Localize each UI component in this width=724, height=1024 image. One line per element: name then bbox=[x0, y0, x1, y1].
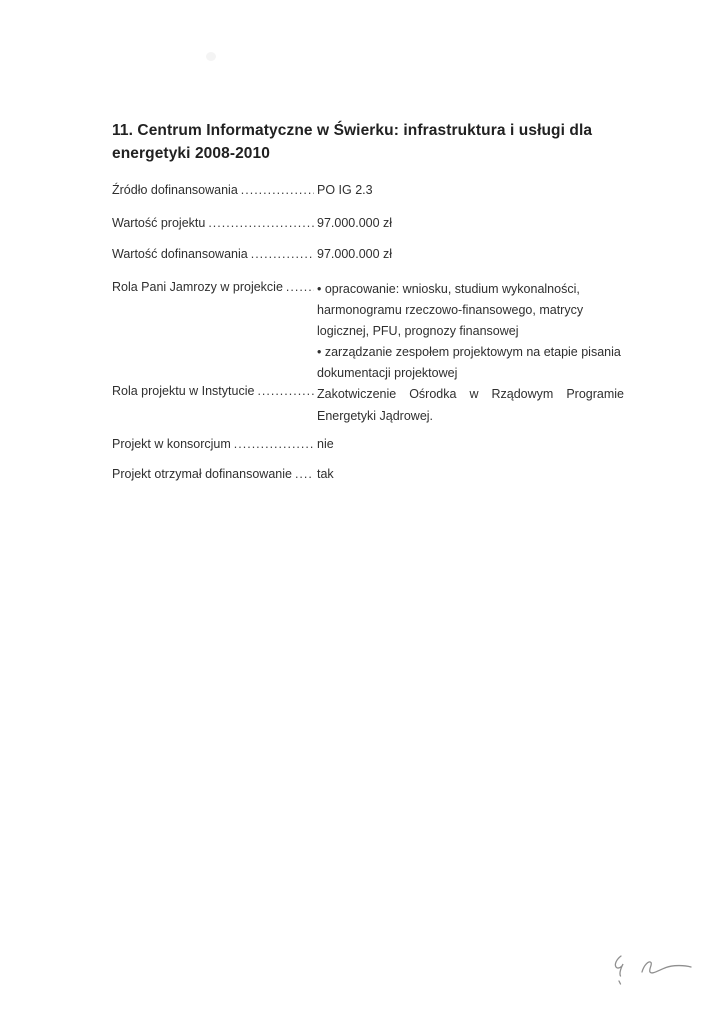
field-label-text: Rola Pani Jamrozy w projekcie bbox=[112, 280, 283, 294]
paragraph-line: Energetyki Jądrowej. bbox=[317, 405, 624, 427]
field-label: Projekt otrzymał dofinansowanie.........… bbox=[112, 466, 314, 483]
field-label: Wartość dofinansowania..................… bbox=[112, 246, 314, 263]
document-title-line2: energetyki 2008-2010 bbox=[112, 142, 602, 165]
field-value: 97.000.000 zł bbox=[314, 246, 392, 263]
field-label: Projekt w konsorcjum....................… bbox=[112, 436, 314, 453]
field-label-text: Rola projektu w Instytucie bbox=[112, 384, 254, 398]
bullet-line: • opracowanie: wniosku, studium wykonaln… bbox=[317, 279, 621, 300]
field-row-projekt-otrzymal-dofinansowanie: Projekt otrzymał dofinansowanie.........… bbox=[112, 466, 334, 483]
dot-leader: ..................................... bbox=[231, 437, 314, 451]
field-label-text: Źródło dofinansowania bbox=[112, 183, 238, 197]
field-value: 97.000.000 zł bbox=[314, 215, 392, 232]
field-label: Źródło dofinansowania...................… bbox=[112, 182, 314, 199]
dot-leader: ..................................... bbox=[238, 183, 314, 197]
bullet-line: • zarządzanie zespołem projektowym na et… bbox=[317, 342, 621, 363]
field-label-text: Projekt otrzymał dofinansowanie bbox=[112, 467, 292, 481]
field-row-projekt-w-konsorcjum: Projekt w konsorcjum....................… bbox=[112, 436, 334, 453]
field-row-wartosc-projektu: Wartość projektu........................… bbox=[112, 215, 392, 232]
dot-leader: ......................... bbox=[283, 280, 314, 294]
field-label-text: Wartość dofinansowania bbox=[112, 247, 248, 261]
scan-smudge bbox=[206, 52, 216, 61]
document-title-line1: 11. Centrum Informatyczne w Świerku: inf… bbox=[112, 119, 602, 142]
field-label: Rola projektu w Instytucie..............… bbox=[112, 383, 314, 400]
field-label-text: Wartość projektu bbox=[112, 216, 205, 230]
field-row-zrodlo-dofinansowania: Źródło dofinansowania...................… bbox=[112, 182, 373, 199]
field-label: Wartość projektu........................… bbox=[112, 215, 314, 232]
field-value-paragraph: Zakotwiczenie Ośrodka w Rządowym Program… bbox=[314, 383, 624, 427]
field-row-rola-projektu-w-instytucie: Rola projektu w Instytucie..............… bbox=[112, 383, 624, 427]
document-page: 11. Centrum Informatyczne w Świerku: inf… bbox=[0, 0, 724, 1024]
handwritten-initials-signature bbox=[608, 946, 698, 990]
field-value: tak bbox=[314, 466, 334, 483]
dot-leader: ........................................… bbox=[205, 216, 314, 230]
field-row-wartosc-dofinansowania: Wartość dofinansowania..................… bbox=[112, 246, 392, 263]
bullet-line-continuation: harmonogramu rzeczowo-finansowego, matry… bbox=[317, 300, 621, 321]
bullet-line-continuation: logicznej, PFU, prognozy finansowej bbox=[317, 321, 621, 342]
dot-leader: ................................... bbox=[248, 247, 314, 261]
field-label: Rola Pani Jamrozy w projekcie...........… bbox=[112, 279, 314, 296]
dot-leader: .................................. bbox=[254, 384, 314, 398]
document-title: 11. Centrum Informatyczne w Świerku: inf… bbox=[112, 119, 602, 165]
dot-leader: ............. bbox=[292, 467, 314, 481]
bullet-line-continuation: dokumentacji projektowej bbox=[317, 363, 621, 384]
field-label-text: Projekt w konsorcjum bbox=[112, 437, 231, 451]
field-value: nie bbox=[314, 436, 334, 453]
field-row-rola-pani-jamrozy: Rola Pani Jamrozy w projekcie...........… bbox=[112, 279, 621, 384]
field-value-bullet-list: • opracowanie: wniosku, studium wykonaln… bbox=[314, 279, 621, 384]
paragraph-line-justified: Zakotwiczenie Ośrodka w Rządowym Program… bbox=[317, 383, 624, 405]
field-value: PO IG 2.3 bbox=[314, 182, 373, 199]
